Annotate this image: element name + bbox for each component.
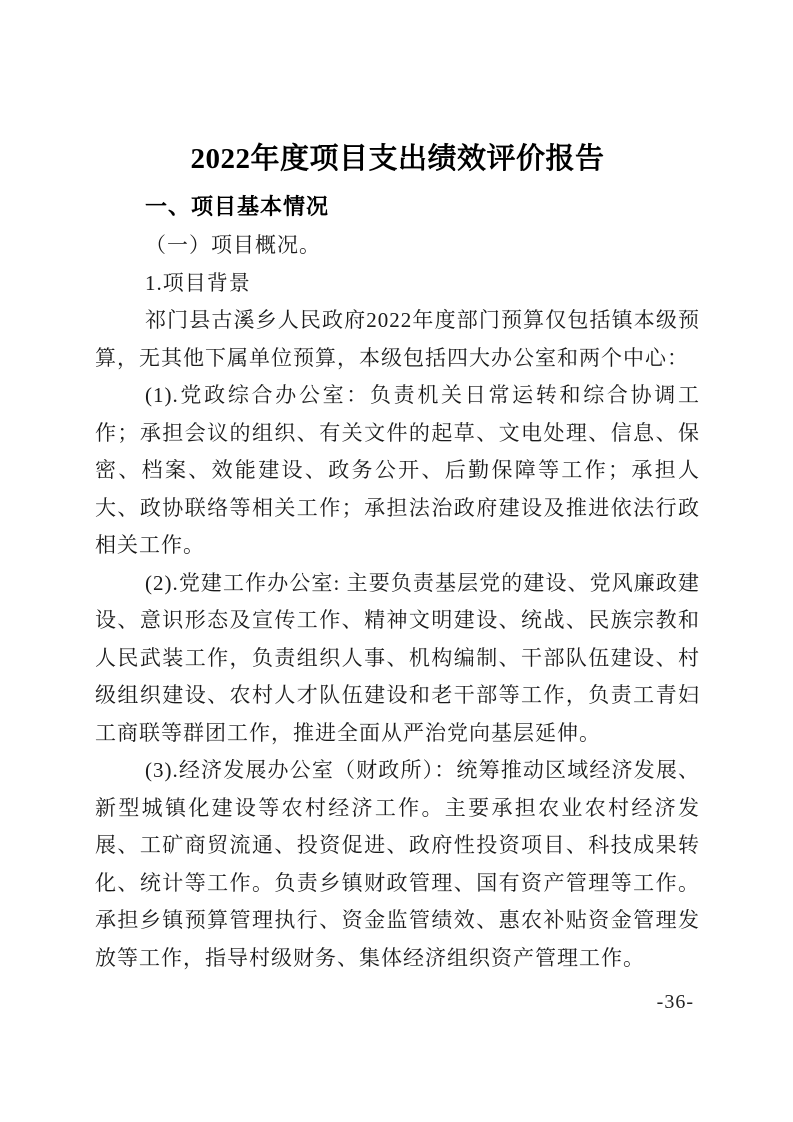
section-heading: 一、项目基本情况 <box>95 188 700 226</box>
body-paragraph: (3).经济发展办公室（财政所）：统筹推动区域经济发展、新型城镇化建设等农村经济… <box>95 752 700 977</box>
body-paragraph: 祁门县古溪乡人民政府2022年度部门预算仅包括镇本级预算，无其他下属单位预算，本… <box>95 302 700 377</box>
document-content: 2022年度项目支出绩效评价报告 一、项目基本情况 （一）项目概况。 1.项目背… <box>95 141 700 977</box>
subsection-heading: （一）项目概况。 <box>95 226 700 264</box>
body-paragraph: (2).党建工作办公室: 主要负责基层党的建设、党风廉政建设、意识形态及宣传工作… <box>95 565 700 753</box>
document-title: 2022年度项目支出绩效评价报告 <box>95 141 700 177</box>
body-paragraph: (1).党政综合办公室：负责机关日常运转和综合协调工作；承担会议的组织、有关文件… <box>95 377 700 565</box>
sub-subsection-heading: 1.项目背景 <box>95 264 700 302</box>
document-page: 2022年度项目支出绩效评价报告 一、项目基本情况 （一）项目概况。 1.项目背… <box>0 0 793 1122</box>
page-number: -36- <box>657 991 694 1014</box>
